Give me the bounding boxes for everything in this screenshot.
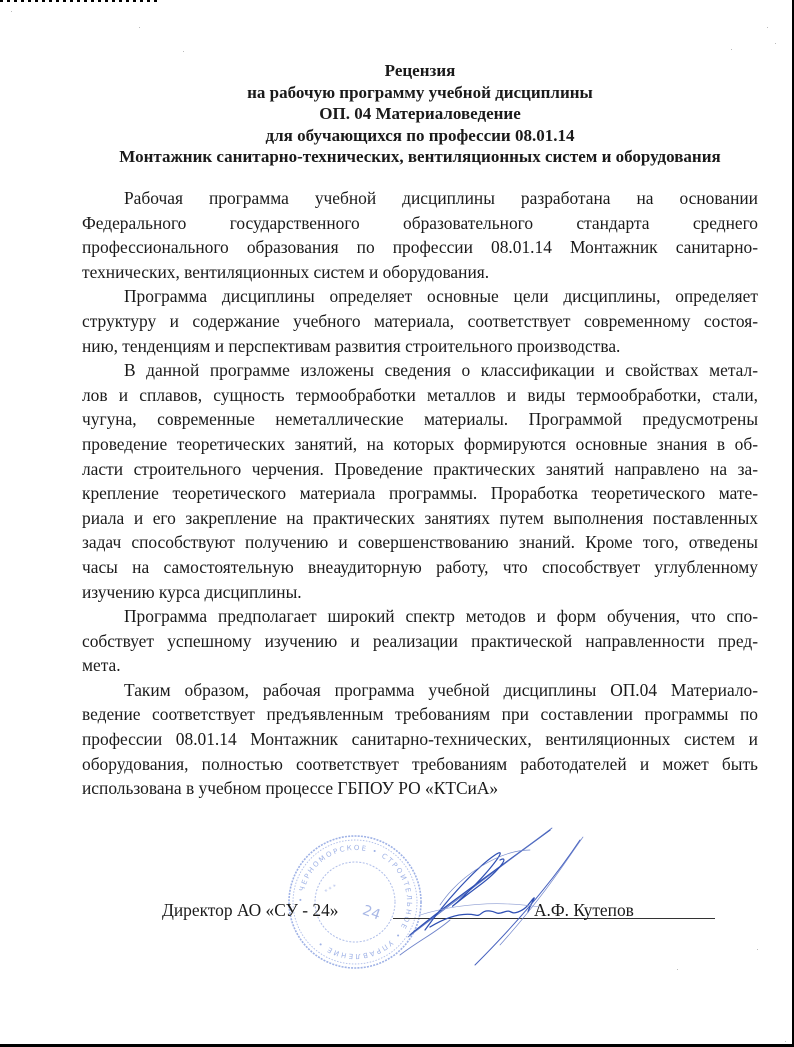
text-line: риала и его закрепление на практических … (82, 506, 758, 531)
text-line: крепление теоретического материала прогр… (82, 481, 758, 506)
header-profession-name: Монтажник санитарно-технических, вентиля… (60, 146, 780, 168)
paragraph-methods: Программа предполагает широкий спектр ме… (82, 604, 758, 678)
signer-position: Директор АО «СУ - 24» (162, 898, 338, 922)
document-header: Рецензия на рабочую программу учебной ди… (60, 60, 780, 168)
paragraph-content: В данной программе изложены сведения о к… (82, 358, 758, 604)
document-page: Рецензия на рабочую программу учебной ди… (0, 0, 794, 1047)
text-line: В данной программе изложены сведения о к… (82, 358, 758, 383)
text-line: Программа предполагает широкий спектр ме… (82, 604, 758, 629)
text-line: нию, тенденциям и перспективам развития … (82, 334, 758, 359)
text-line: ласти строительного черчения. Проведение… (82, 457, 758, 482)
text-line: оборудования, полностью соответствует тр… (82, 752, 758, 777)
text-line: профессионального образования по професс… (82, 235, 758, 260)
scan-speck (731, 49, 732, 50)
document-title: Рецензия (60, 60, 780, 82)
text-line: часы на самостоятельную внеаудиторную ра… (82, 555, 758, 580)
paragraph-goals: Программа дисциплины определяет основные… (82, 284, 758, 358)
scan-speck (785, 1041, 786, 1042)
text-line: чугуна, современные неметаллические мате… (82, 407, 758, 432)
scan-speck (757, 949, 758, 950)
scan-speck (11, 11, 12, 12)
header-profession-line: для обучающихся по профессии 08.01.14 (60, 125, 780, 147)
text-line: Федерального государственного образовате… (82, 211, 758, 236)
text-line: мета. (82, 653, 758, 678)
svg-text:* * *: * * * (324, 883, 339, 895)
scan-speck (775, 43, 776, 44)
paragraph-basis: Рабочая программа учебной дисциплины раз… (82, 186, 758, 284)
text-line: Таким образом, рабочая программа учебной… (82, 678, 758, 703)
document-body: Рабочая программа учебной дисциплины раз… (82, 186, 758, 801)
text-line: задач способствуют получению и совершенс… (82, 530, 758, 555)
scan-speck (677, 969, 678, 970)
scan-speck (183, 51, 184, 52)
scan-speck (767, 27, 768, 28)
text-line: изучению курса дисциплины. (82, 580, 758, 605)
text-line: собствует успешному изучению и реализаци… (82, 629, 758, 654)
scan-speck (139, 27, 140, 28)
text-line: использована в учебном процессе ГБПОУ РО… (82, 776, 758, 801)
text-line: Рабочая программа учебной дисциплины раз… (82, 186, 758, 211)
text-line: лов и сплавов, сущность термообработки м… (82, 383, 758, 408)
text-line: технических, вентиляционных систем и обо… (82, 260, 758, 285)
text-line: ведение соответствует предъявленным треб… (82, 702, 758, 727)
text-line: структуру и содержание учебного материал… (82, 309, 758, 334)
text-line: Программа дисциплины определяет основные… (82, 284, 758, 309)
handwritten-signature-icon (380, 815, 610, 975)
top-dashed-edge (0, 0, 160, 2)
header-discipline-line: ОП. 04 Материаловедение (60, 103, 780, 125)
header-subject-line: на рабочую программу учебной дисциплины (60, 82, 780, 104)
text-line: профессии 08.01.14 Монтажник санитарно-т… (82, 727, 758, 752)
text-line: проведение теоретических занятий, на кот… (82, 432, 758, 457)
paragraph-conclusion: Таким образом, рабочая программа учебной… (82, 678, 758, 801)
